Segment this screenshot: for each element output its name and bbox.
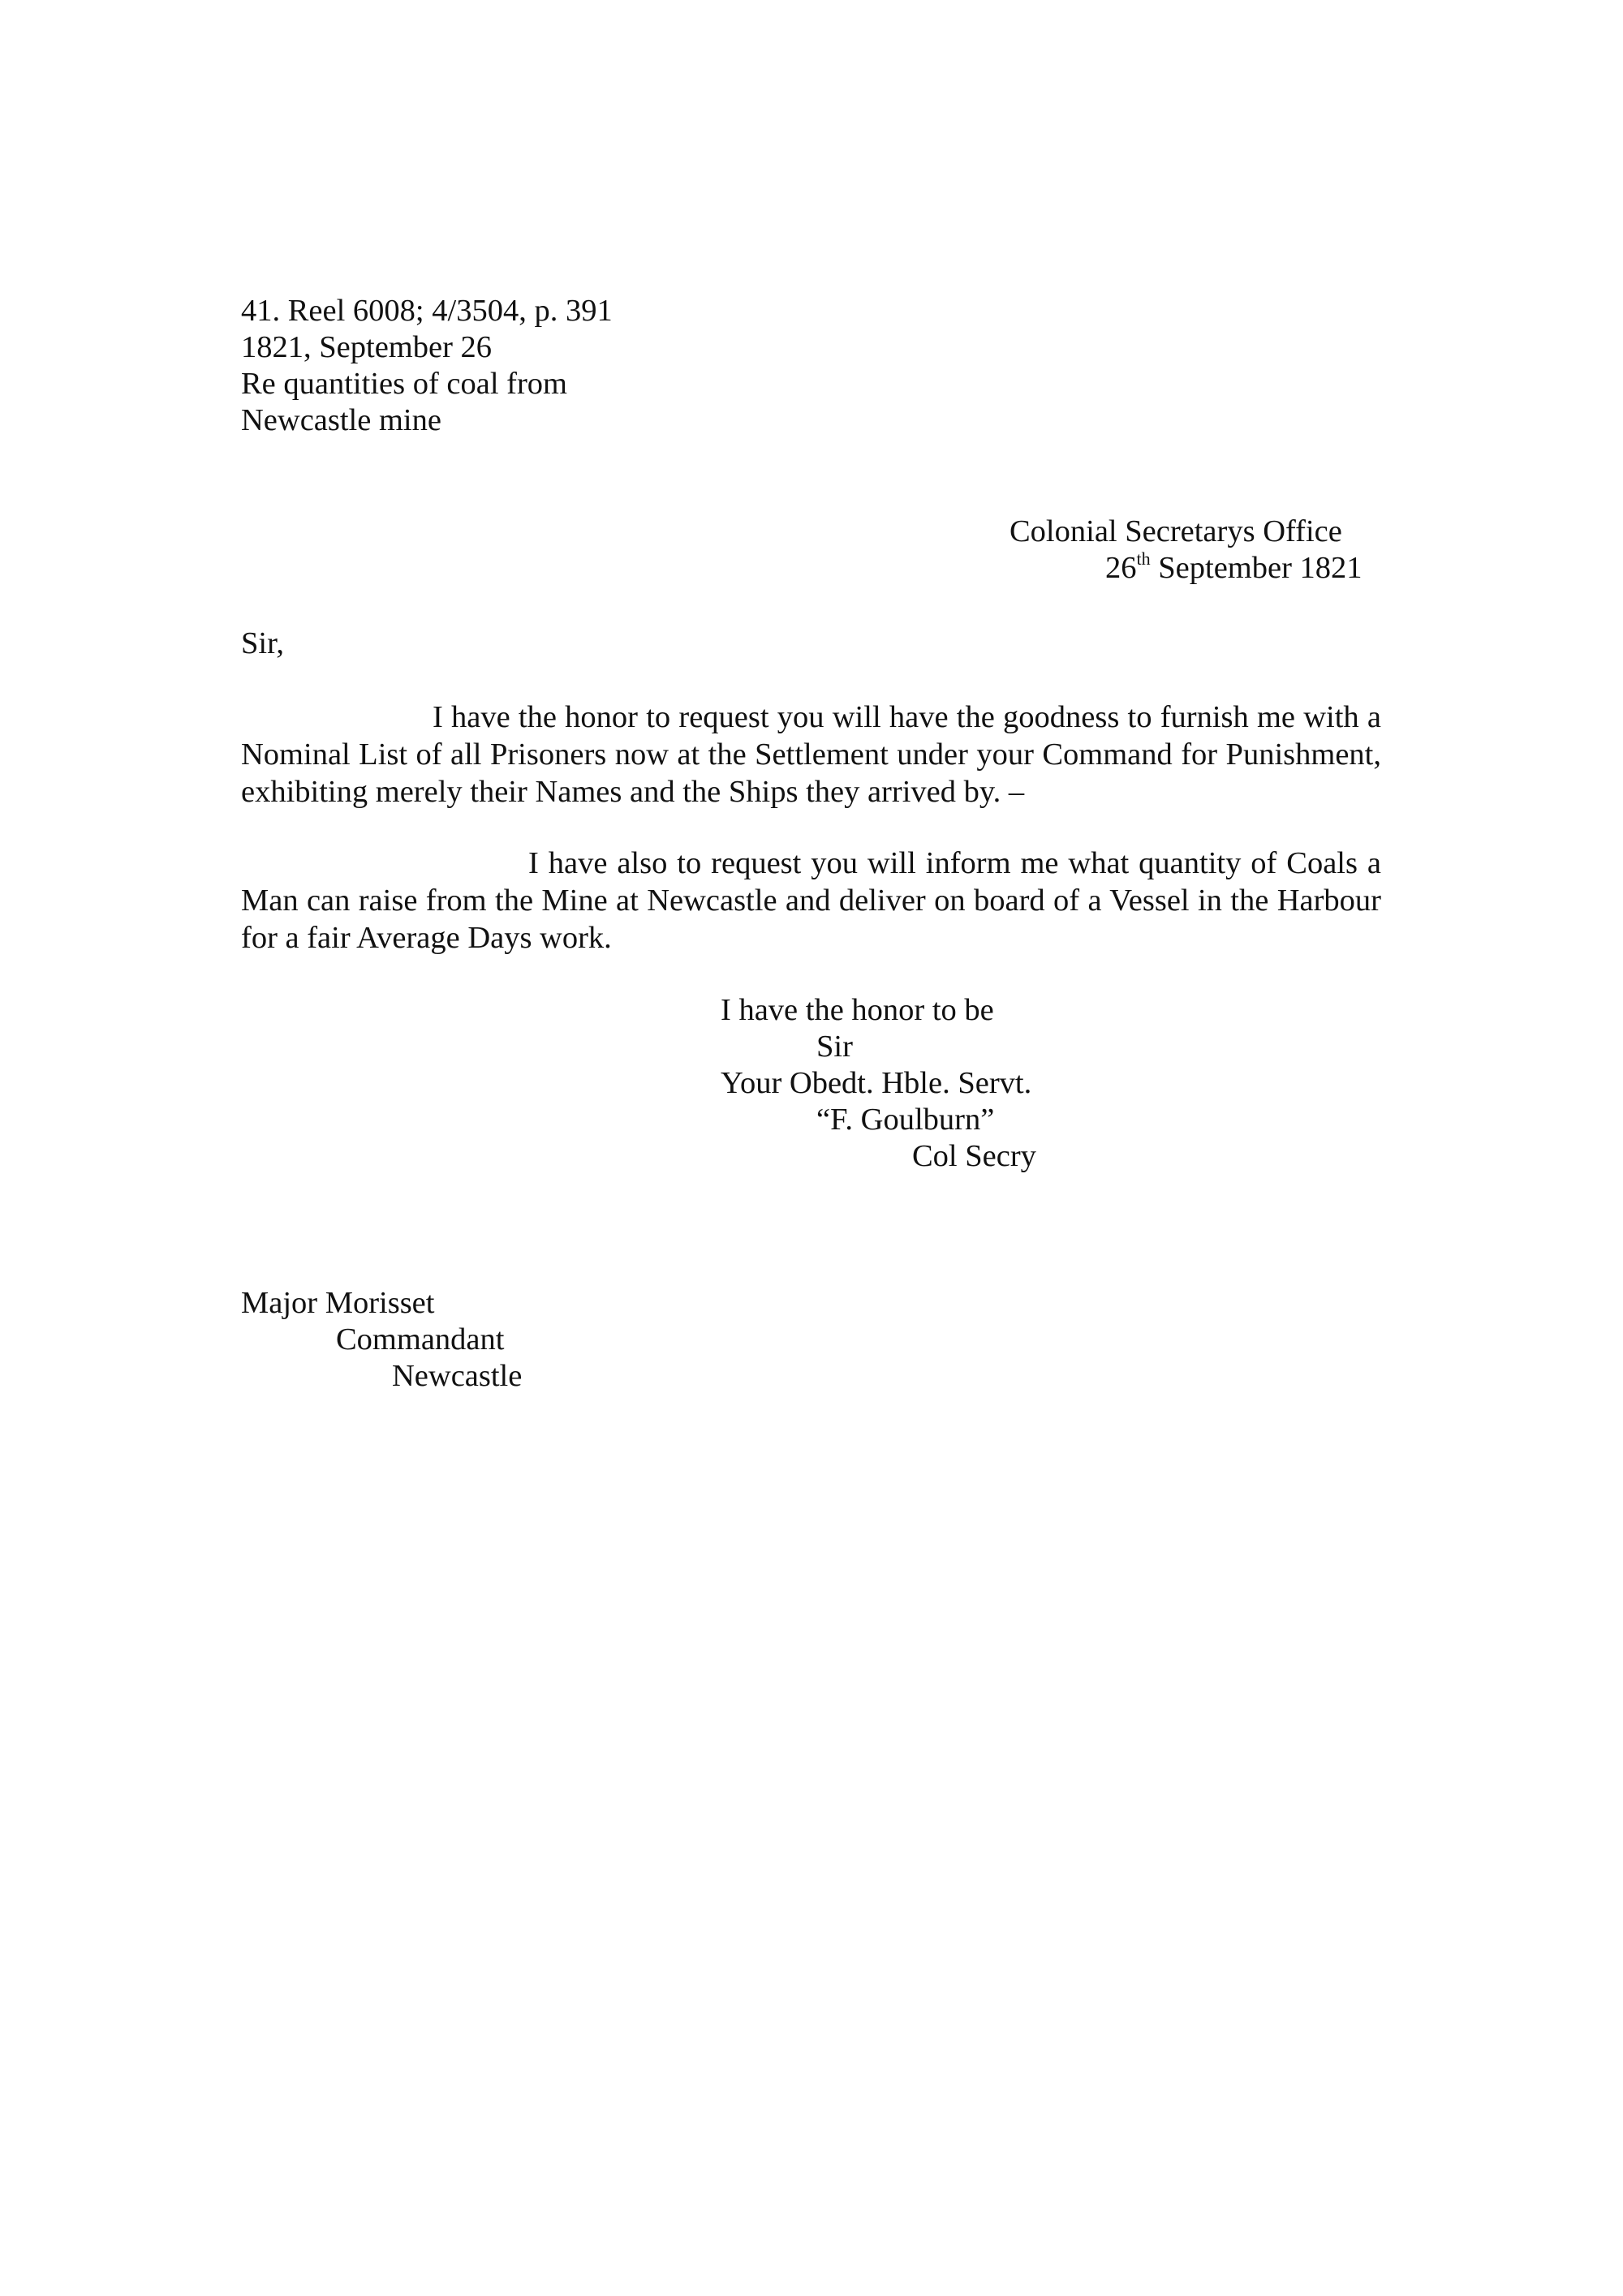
archive-reference: 41. Reel 6008; 4/3504, p. 391 xyxy=(241,292,613,329)
closing-line-3: Your Obedt. Hble. Servt. xyxy=(721,1064,1031,1102)
letter-date-suffix: th xyxy=(1137,548,1151,569)
subject-line-1: Re quantities of coal from xyxy=(241,365,567,402)
salutation: Sir, xyxy=(241,625,284,662)
body-paragraph-2-text: I have also to request you will inform m… xyxy=(241,846,1381,955)
subject-line-2: Newcastle mine xyxy=(241,402,441,439)
letter-date: 26th September 1821 xyxy=(1105,549,1363,587)
letter-date-rest: September 1821 xyxy=(1151,551,1363,585)
signatory-title: Col Secry xyxy=(912,1137,1036,1175)
sender-office: Colonial Secretarys Office xyxy=(1010,513,1342,550)
recipient-place: Newcastle xyxy=(392,1357,522,1395)
closing-line-2: Sir xyxy=(816,1028,853,1065)
body-paragraph-1-text: I have the honor to request you will hav… xyxy=(241,700,1381,809)
letter-date-day: 26 xyxy=(1105,551,1137,585)
document-date: 1821, September 26 xyxy=(241,329,492,366)
recipient-role: Commandant xyxy=(336,1321,504,1358)
recipient-name: Major Morisset xyxy=(241,1284,434,1322)
signature: “F. Goulburn” xyxy=(816,1101,994,1138)
closing-line-1: I have the honor to be xyxy=(721,991,994,1029)
body-paragraph-1: I have the honor to request you will hav… xyxy=(241,699,1381,810)
body-paragraph-2: I have also to request you will inform m… xyxy=(241,845,1381,957)
